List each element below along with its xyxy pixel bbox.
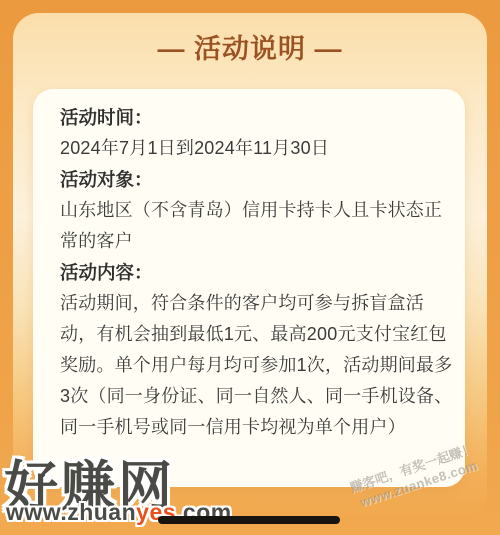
section-text-audience: 山东地区（不含青岛）信用卡持卡人且卡状态正常的客户 xyxy=(60,195,459,257)
home-indicator-bar xyxy=(158,516,340,524)
activity-details-card: 活动时间： 2024年7月1日到2024年11月30日 活动对象： 山东地区（不… xyxy=(33,89,465,487)
section-label-time: 活动时间： xyxy=(60,102,459,133)
section-text-time: 2024年7月1日到2024年11月30日 xyxy=(60,133,459,164)
section-label-audience: 活动对象： xyxy=(60,164,459,195)
zhuanyes-url-prefix: www.zhuan xyxy=(6,499,136,525)
section-label-content: 活动内容： xyxy=(60,257,459,288)
section-text-content: 活动期间，符合条件的客户均可参与拆盲盒活动，有机会抽到最低1元、最高200元支付… xyxy=(60,288,459,443)
page-title: — 活动说明 — xyxy=(0,27,500,66)
